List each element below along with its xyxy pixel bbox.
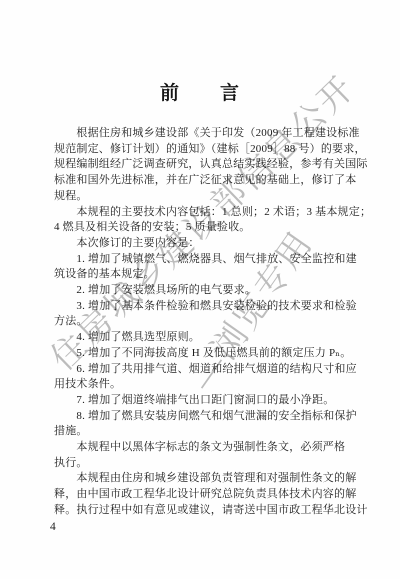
- body-line: 用技术条件。: [54, 377, 348, 393]
- page-number: 4: [50, 521, 56, 533]
- body-line: 4. 增加了燃具选型原则。: [54, 330, 348, 346]
- document-page: 住房城乡建设部信息公开 —浏览专用 前 言 根据住房和城乡建设部《关于印发（20…: [0, 0, 400, 579]
- body-line: 方法。: [54, 314, 348, 330]
- body-line: 7. 增加了烟道终端排气出口距门窗洞口的最小净距。: [54, 393, 348, 409]
- page-title: 前 言: [0, 78, 400, 105]
- body-line: 规程。: [54, 189, 348, 205]
- body-line: 6. 增加了共用排气道、烟道和给排气烟道的结构尺寸和应: [54, 362, 348, 378]
- body-line: 本次修订的主要内容是：: [54, 236, 348, 252]
- body-line: 筑设备的基本规定。: [54, 267, 348, 283]
- body-line: 规范制定、修订计划）的通知》（建标［2009］88 号）的要求，: [54, 142, 348, 158]
- body-line: 执行。: [54, 456, 348, 472]
- body-line: 释。执行过程中如有意见或建议，请寄送中国市政工程华北设计: [54, 503, 348, 519]
- body-line: 8. 增加了燃具安装房间燃气和烟气泄漏的安全指标和保护: [54, 409, 348, 425]
- body-line: 本规程中以黑体字标志的条文为强制性条文，必须严格: [54, 440, 348, 456]
- body-line: 本规程的主要技术内容包括：1 总则；2 术语；3 基本规定；: [54, 205, 348, 221]
- body-line: 1. 增加了城镇燃气、燃烧器具、烟气排放、安全监控和建: [54, 252, 348, 268]
- body-line: 5. 增加了不同海拔高度 H 及低压燃具前的额定压力 Pₙ。: [54, 346, 348, 362]
- body-line: 2. 增加了安装燃具场所的电气要求。: [54, 283, 348, 299]
- body-line: 4 燃具及相关设备的安装；5 质量验收。: [54, 220, 348, 236]
- body-line: 本规程由住房和城乡建设部负责管理和对强制性条文的解: [54, 471, 348, 487]
- body-line: 释，由中国市政工程华北设计研究总院负责具体技术内容的解: [54, 487, 348, 503]
- body-line: 3. 增加了基本条件检验和燃具安装检验的技术要求和检验: [54, 299, 348, 315]
- body-line: 标准和国外先进标准，并在广泛征求意见的基础上，修订了本: [54, 173, 348, 189]
- body-line: 措施。: [54, 424, 348, 440]
- body-line: 根据住房和城乡建设部《关于印发（2009 年工程建设标准: [54, 126, 348, 142]
- body-line: 规程编制组经广泛调查研究，认真总结实践经验，参考有关国际: [54, 157, 348, 173]
- body-text: 根据住房和城乡建设部《关于印发（2009 年工程建设标准规范制定、修订计划）的通…: [54, 126, 348, 519]
